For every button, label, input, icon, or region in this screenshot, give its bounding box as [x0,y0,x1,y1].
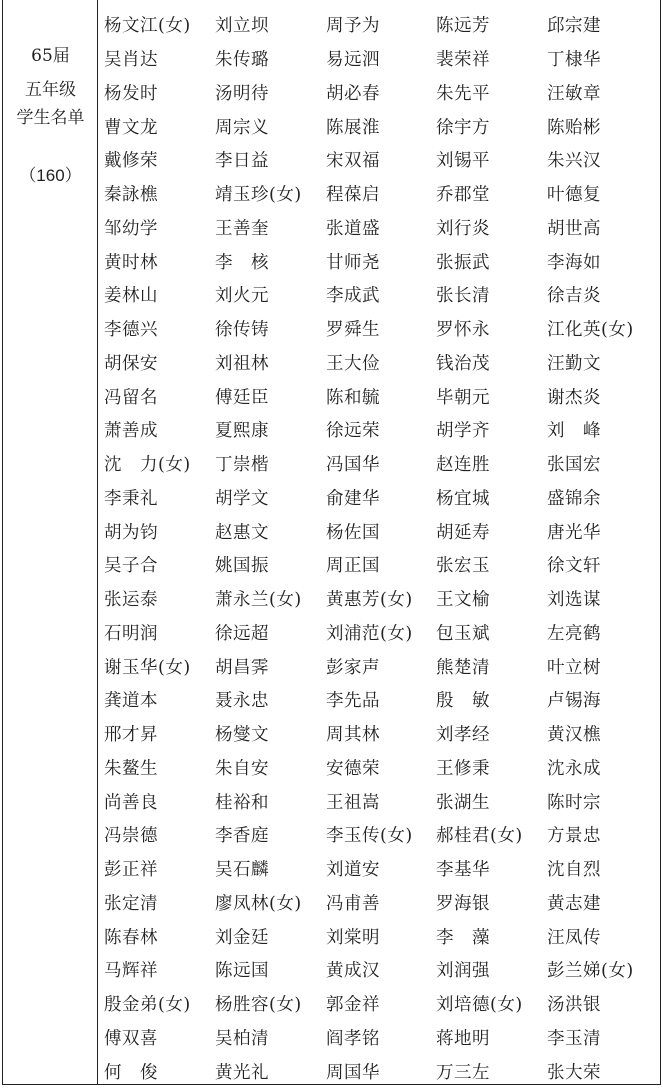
student-name: 张大荣 [547,1059,657,1084]
student-name: 吴石麟 [215,856,326,881]
student-name: 甘师尧 [326,249,436,274]
student-name: 刘浦范(女) [326,620,436,645]
student-name: 胡延寿 [436,519,547,544]
table-row: 杨文江(女)刘立坝周予为陈远芳邱宗建 [104,8,659,42]
table-row: 胡为钧赵惠文杨佐国胡延寿唐光华 [104,514,659,548]
table-row: 戴修荣李日益宋双福刘锡平朱兴汉 [104,143,659,177]
student-name: 刘金廷 [215,924,326,949]
table-row: 萧善成夏熙康徐远荣胡学齐刘 峰 [104,413,659,447]
student-name: 聂永忠 [215,687,326,712]
student-name: 陈展淮 [326,114,436,139]
student-name: 李 核 [215,249,326,274]
student-name: 朱传璐 [215,46,326,71]
student-name: 邹幼学 [104,215,215,240]
student-name: 熊楚清 [436,654,547,679]
student-name: 杨胜容(女) [215,991,326,1016]
table-row: 冯留名傅廷臣陈和毓毕朝元谢杰炎 [104,379,659,413]
student-name: 刘润强 [436,957,547,982]
student-name: 黄光礼 [215,1059,326,1084]
table-row: 彭正祥吴石麟刘道安李基华沈自烈 [104,852,659,886]
student-name: 李日益 [215,147,326,172]
student-name: 张运泰 [104,586,215,611]
student-name: 蒋地明 [436,1025,547,1050]
table-row: 张定清廖凤林(女)冯甫善罗海银黄志建 [104,886,659,920]
student-name: 俞建华 [326,485,436,510]
student-name: 刘道安 [326,856,436,881]
student-name: 王文榆 [436,586,547,611]
student-name: 朱自安 [215,755,326,780]
table-row: 姜林山刘火元李成武张长清徐吉炎 [104,278,659,312]
student-name: 胡昌霁 [215,654,326,679]
student-name: 陈时宗 [547,789,657,814]
class-year-label: 65届 [3,46,98,66]
student-name: 吴肖达 [104,46,215,71]
student-name: 易远泗 [326,46,436,71]
student-name: 唐光华 [547,519,657,544]
table-row: 杨发时汤明待胡必春朱先平汪敏章 [104,76,659,110]
student-name: 徐远超 [215,620,326,645]
table-row: 邢才昇杨燮文周其林刘孝经黄汉樵 [104,717,659,751]
student-name: 李基华 [436,856,547,881]
student-name: 胡学齐 [436,417,547,442]
student-name: 左亮鹤 [547,620,657,645]
student-name: 龚道本 [104,687,215,712]
student-name: 戴修荣 [104,147,215,172]
student-name: 刘火元 [215,282,326,307]
table-row: 谢玉华(女)胡昌霁彭家声熊楚清叶立树 [104,649,659,683]
student-name: 张道盛 [326,215,436,240]
table-row: 吴子合姚国振周正国张宏玉徐文轩 [104,548,659,582]
student-name: 夏熙康 [215,417,326,442]
table-row: 黄时林李 核甘师尧张振武李海如 [104,244,659,278]
student-name: 徐宇方 [436,114,547,139]
student-name: 丁棣华 [547,46,657,71]
student-name: 萧永兰(女) [215,586,326,611]
table-row: 秦詠樵靖玉珍(女)程葆启乔郡堂叶德复 [104,177,659,211]
student-name: 郝桂君(女) [436,822,547,847]
names-grid: 杨文江(女)刘立坝周予为陈远芳邱宗建吴肖达朱传璐易远泗裴荣祥丁棣华杨发时汤明待胡… [104,8,659,1088]
student-name: 刘锡平 [436,147,547,172]
student-name: 石明润 [104,620,215,645]
student-name: 裴荣祥 [436,46,547,71]
student-name: 陈远国 [215,957,326,982]
student-name: 萧善成 [104,417,215,442]
student-name: 彭兰娣(女) [547,957,657,982]
student-name: 胡学文 [215,485,326,510]
student-name: 冯甫善 [326,890,436,915]
student-name: 刘立坝 [215,12,326,37]
student-name: 毕朝元 [436,384,547,409]
table-row: 曹文龙周宗义陈展淮徐宇方陈贻彬 [104,109,659,143]
table-row: 石明润徐远超刘浦范(女)包玉斌左亮鹤 [104,616,659,650]
student-name: 邱宗建 [547,12,657,37]
student-name: 叶德复 [547,181,657,206]
grade-label: 五年级 [3,80,98,100]
student-name: 叶立树 [547,654,657,679]
student-name: 黄志建 [547,890,657,915]
student-name: 李秉礼 [104,485,215,510]
student-name: 王修秉 [436,755,547,780]
student-name: 谢玉华(女) [104,654,215,679]
student-name: 周予为 [326,12,436,37]
student-name: 王大俭 [326,350,436,375]
student-name: 姜林山 [104,282,215,307]
student-name: 冯留名 [104,384,215,409]
student-name: 马辉祥 [104,957,215,982]
student-name: 汪凤传 [547,924,657,949]
student-name: 阎孝铭 [326,1025,436,1050]
student-name: 李香庭 [215,822,326,847]
student-name: 杨佐国 [326,519,436,544]
student-name: 安德荣 [326,755,436,780]
table-row: 张运泰萧永兰(女)黄惠芳(女)王文榆刘选谋 [104,582,659,616]
student-name: 周宗义 [215,114,326,139]
student-name: 李玉传(女) [326,822,436,847]
student-name: 乔郡堂 [436,181,547,206]
student-name: 傅双喜 [104,1025,215,1050]
student-name: 张国宏 [547,451,657,476]
student-name: 汪勤文 [547,350,657,375]
student-name: 刘 峰 [547,417,657,442]
student-name: 胡保安 [104,350,215,375]
student-name: 殷金弟(女) [104,991,215,1016]
table-row: 邹幼学王善奎张道盛刘行炎胡世高 [104,211,659,245]
student-name: 黄时林 [104,249,215,274]
table-row: 吴肖达朱传璐易远泗裴荣祥丁棣华 [104,42,659,76]
student-name: 李 藻 [436,924,547,949]
table-row: 沈 力(女)丁崇楷冯国华赵连胜张国宏 [104,447,659,481]
student-name: 王善奎 [215,215,326,240]
student-name: 李德兴 [104,316,215,341]
student-name: 吴子合 [104,552,215,577]
table-row: 龚道本聂永忠李先品殷 敏卢锡海 [104,683,659,717]
student-name: 郭金祥 [326,991,436,1016]
student-name: 尚善良 [104,789,215,814]
student-name: 周正国 [326,552,436,577]
table-row: 傅双喜吴柏清阎孝铭蒋地明李玉清 [104,1021,659,1055]
student-name: 徐文轩 [547,552,657,577]
student-name: 刘培德(女) [436,991,547,1016]
student-name: 赵惠文 [215,519,326,544]
student-name: 方景忠 [547,822,657,847]
student-name: 黄惠芳(女) [326,586,436,611]
student-name: 张湖生 [436,789,547,814]
student-name: 沈永成 [547,755,657,780]
student-name: 桂裕和 [215,789,326,814]
student-name: 杨发时 [104,80,215,105]
student-name: 刘棠明 [326,924,436,949]
student-name: 杨文江(女) [104,12,215,37]
student-name: 彭家声 [326,654,436,679]
student-name: 汪敏章 [547,80,657,105]
table-row: 李秉礼胡学文俞建华杨宜城盛锦余 [104,481,659,515]
student-name: 傅廷臣 [215,384,326,409]
student-name: 胡必春 [326,80,436,105]
student-name: 刘孝经 [436,721,547,746]
student-count: （160） [3,161,98,186]
student-name: 何 俊 [104,1059,215,1084]
student-name: 殷 敏 [436,687,547,712]
list-name-label: 学生名单 [3,108,98,128]
student-name: 李成武 [326,282,436,307]
student-name: 周国华 [326,1059,436,1084]
student-name: 秦詠樵 [104,181,215,206]
table-row: 朱鳌生朱自安安德荣王修秉沈永成 [104,751,659,785]
class-label-column: 65届 五年级 学生名单 （160） [3,0,98,1084]
student-name: 程葆启 [326,181,436,206]
student-name: 汤明待 [215,80,326,105]
student-name: 黄汉樵 [547,721,657,746]
student-name: 宋双福 [326,147,436,172]
student-name: 徐传铸 [215,316,326,341]
student-name: 彭正祥 [104,856,215,881]
student-name: 朱兴汉 [547,147,657,172]
student-name: 朱先平 [436,80,547,105]
student-name: 赵连胜 [436,451,547,476]
table-row: 胡保安刘祖林王大俭钱治茂汪勤文 [104,346,659,380]
student-name: 靖玉珍(女) [215,181,326,206]
student-name: 江化英(女) [547,316,657,341]
student-name: 万三左 [436,1059,547,1084]
student-name: 王祖嵩 [326,789,436,814]
student-name: 胡为钧 [104,519,215,544]
table-row: 殷金弟(女)杨胜容(女)郭金祥刘培德(女)汤洪银 [104,987,659,1021]
student-name: 张长清 [436,282,547,307]
student-name: 张定清 [104,890,215,915]
student-name: 盛锦余 [547,485,657,510]
student-name: 钱治茂 [436,350,547,375]
student-name: 徐吉炎 [547,282,657,307]
student-name: 廖凤林(女) [215,890,326,915]
student-name: 徐远荣 [326,417,436,442]
student-name: 罗舜生 [326,316,436,341]
student-name: 张宏玉 [436,552,547,577]
student-name: 卢锡海 [547,687,657,712]
student-name: 李玉清 [547,1025,657,1050]
student-name: 杨宜城 [436,485,547,510]
student-name: 沈自烈 [547,856,657,881]
student-name: 罗海银 [436,890,547,915]
student-name: 胡世高 [547,215,657,240]
student-name: 刘行炎 [436,215,547,240]
student-name: 冯国华 [326,451,436,476]
student-name: 朱鳌生 [104,755,215,780]
student-name: 冯崇德 [104,822,215,847]
student-name: 张振武 [436,249,547,274]
student-name: 姚国振 [215,552,326,577]
student-name: 沈 力(女) [104,451,215,476]
student-name: 陈远芳 [436,12,547,37]
student-name: 刘祖林 [215,350,326,375]
student-name: 陈贻彬 [547,114,657,139]
student-name: 李先品 [326,687,436,712]
table-row: 陈春林刘金廷刘棠明李 藻汪凤传 [104,919,659,953]
student-name: 陈和毓 [326,384,436,409]
table-row: 尚善良桂裕和王祖嵩张湖生陈时宗 [104,784,659,818]
table-row: 冯崇德李香庭李玉传(女)郝桂君(女)方景忠 [104,818,659,852]
table-row: 李德兴徐传铸罗舜生罗怀永江化英(女) [104,312,659,346]
table-row: 马辉祥陈远国黄成汉刘润强彭兰娣(女) [104,953,659,987]
student-name: 丁崇楷 [215,451,326,476]
student-name: 周其林 [326,721,436,746]
student-name: 谢杰炎 [547,384,657,409]
student-name: 吴柏清 [215,1025,326,1050]
student-name: 汤洪银 [547,991,657,1016]
student-name: 罗怀永 [436,316,547,341]
student-name: 曹文龙 [104,114,215,139]
student-name: 邢才昇 [104,721,215,746]
student-name: 包玉斌 [436,620,547,645]
student-name: 刘选谋 [547,586,657,611]
student-name: 陈春林 [104,924,215,949]
student-name: 杨燮文 [215,721,326,746]
table-row: 何 俊黄光礼周国华万三左张大荣 [104,1054,659,1088]
student-name: 黄成汉 [326,957,436,982]
student-name: 李海如 [547,249,657,274]
